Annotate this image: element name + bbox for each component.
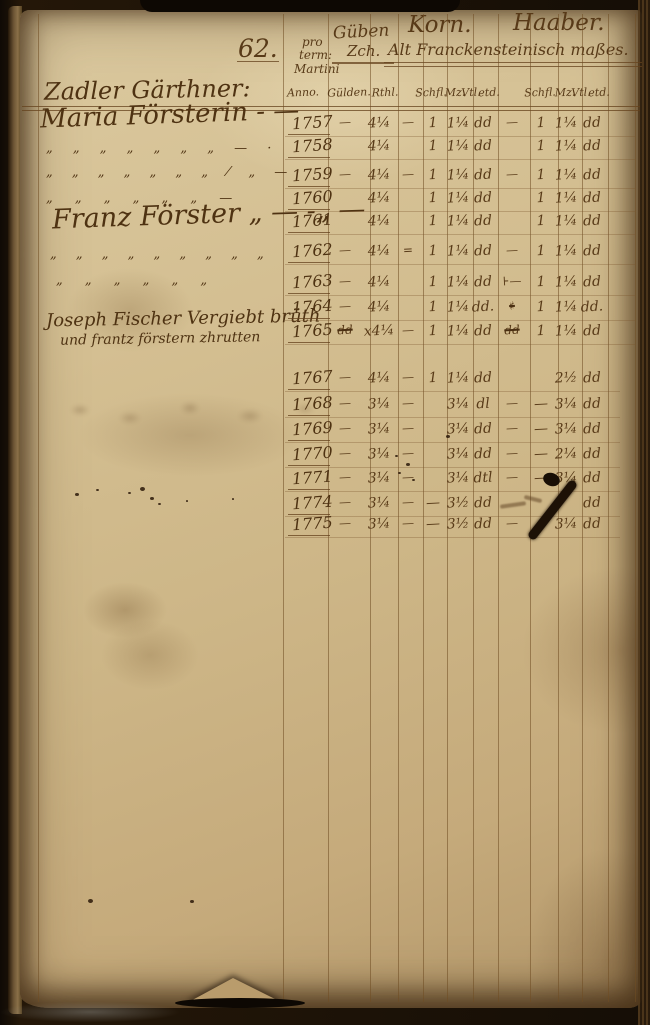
ledger-name-ditto: „ „ „ „ „ „ „ ⁄ „ —	[46, 166, 287, 179]
term-note-line1: pro	[302, 36, 323, 48]
row-year: 1759	[291, 166, 333, 185]
row-cell: —	[339, 397, 352, 410]
ruled-line	[285, 159, 635, 160]
column-header: Schfl.	[415, 86, 447, 98]
row-cell: 3¼	[367, 421, 390, 436]
row-cell: —	[402, 471, 415, 484]
row-cell: 4¼	[367, 115, 390, 130]
row-cell: dd	[474, 139, 493, 154]
row-cell: dd	[474, 214, 493, 229]
ruled-line	[285, 417, 620, 418]
row-cell: 3¼	[446, 446, 469, 461]
row-cell: 1¼	[554, 167, 577, 182]
row-cell: —	[402, 324, 415, 337]
row-cell: 3¼	[446, 396, 469, 411]
ruled-line	[285, 537, 620, 538]
row-cell: 1	[428, 275, 438, 289]
row-cell: 3¼	[367, 516, 390, 531]
ruled-line	[288, 465, 330, 466]
measure-note: Alt Franckensteinisch maßes.	[388, 42, 629, 58]
row-year: 1763	[291, 273, 333, 292]
ruled-line	[285, 320, 635, 321]
row-year: 1761	[291, 212, 333, 231]
column-rule	[283, 14, 284, 1002]
row-year: 1765	[291, 322, 333, 341]
column-header: Gülden.	[327, 86, 371, 99]
ruled-line	[285, 295, 635, 296]
row-cell: —	[534, 447, 549, 462]
column-rule	[635, 14, 636, 1002]
row-cell: ⊦—	[502, 275, 521, 288]
row-cell: 1¼	[554, 213, 577, 228]
book-fore-edge	[638, 0, 650, 1025]
row-cell: dd.	[471, 299, 494, 314]
row-cell: 1¼	[554, 115, 577, 130]
row-cell: dd	[583, 397, 602, 412]
row-cell: 1	[536, 214, 546, 228]
ruled-line	[288, 293, 330, 294]
ruled-line	[288, 440, 330, 441]
row-cell: 1¼	[446, 299, 469, 314]
row-year: 1771	[291, 469, 333, 488]
row-cell: 1¼	[446, 190, 469, 205]
row-year: 1762	[291, 242, 333, 261]
row-cell: 3¼	[367, 495, 390, 510]
row-cell: dd	[474, 191, 493, 206]
ruled-line	[288, 389, 330, 390]
row-cell: dd	[583, 422, 602, 437]
row-cell: 1	[428, 168, 438, 182]
row-cell: —	[339, 275, 352, 288]
row-cell: 1	[536, 324, 546, 338]
ruled-line	[288, 157, 330, 158]
ledger-name-ditto: „ „ „ „ „ „ „ „ „	[50, 248, 264, 261]
row-cell: —	[339, 517, 352, 530]
row-cell: —	[339, 168, 352, 181]
row-cell: 1¼	[446, 323, 469, 338]
row-cell: 1	[536, 191, 546, 205]
row-cell: dd	[474, 517, 493, 532]
row-cell: 4¼	[367, 138, 390, 153]
row-cell: 3½	[446, 495, 469, 510]
row-cell: —	[534, 397, 549, 412]
row-cell: 3¼	[446, 421, 469, 436]
row-cell: —	[402, 496, 415, 509]
row-year: 1767	[291, 369, 333, 388]
row-cell: 1	[536, 275, 546, 289]
row-year: 1775	[291, 515, 333, 534]
ruled-line	[288, 489, 330, 490]
row-cell: dd	[474, 244, 493, 259]
row-cell: 1¼	[446, 274, 469, 289]
row-cell: dd	[583, 324, 602, 339]
row-cell: 1¼	[554, 274, 577, 289]
row-cell: —	[506, 244, 519, 257]
next-page-blur	[0, 1000, 220, 1025]
row-cell: 1	[428, 371, 438, 385]
row-cell: —	[506, 517, 519, 530]
row-cell: 2½	[554, 370, 577, 385]
row-cell: dd	[504, 324, 520, 337]
ruled-line	[288, 535, 330, 536]
row-cell: 3¼	[554, 421, 577, 436]
duty-sub-label: Zch.	[347, 44, 380, 59]
column-rule	[498, 14, 499, 1002]
row-cell: —	[402, 397, 415, 410]
row-cell: —	[506, 397, 519, 410]
row-cell: dd	[474, 168, 493, 183]
ledger-name-ditto: „ „ „ „ „ „	[56, 274, 207, 287]
row-cell: 4¼	[367, 274, 390, 289]
row-cell: 4¼	[367, 299, 390, 314]
column-header: etd.	[588, 87, 610, 99]
ruled-line	[288, 262, 330, 263]
row-cell: 1¼	[446, 213, 469, 228]
row-cell: x4¼	[363, 323, 394, 339]
row-cell: 4¼	[367, 243, 390, 258]
row-cell: 3¼	[554, 516, 577, 531]
ledger-name-ditto: Joseph Fischer Vergiebt brüth	[46, 308, 321, 331]
row-cell: —	[339, 116, 352, 129]
row-cell: —	[506, 471, 519, 484]
ruled-line	[285, 391, 620, 392]
row-cell: 1¼	[554, 323, 577, 338]
row-cell: —	[426, 496, 441, 511]
row-cell: 1¼	[554, 299, 577, 314]
row-cell: 1¼	[446, 115, 469, 130]
row-cell: dd.	[580, 299, 603, 314]
row-cell: dd	[583, 496, 602, 511]
row-cell: 1	[536, 300, 546, 314]
ruled-line	[285, 442, 620, 443]
row-year: 1764	[291, 298, 333, 317]
row-year: 1758	[291, 137, 333, 156]
row-cell: dd	[474, 422, 493, 437]
ink-stain	[232, 498, 234, 500]
ruled-line	[288, 342, 330, 343]
row-cell: —	[402, 517, 415, 530]
row-cell: 3¼	[367, 470, 390, 485]
row-cell: dd	[583, 214, 602, 229]
row-cell: —	[339, 471, 352, 484]
column-rule	[398, 14, 399, 1002]
row-cell: 1¼	[554, 138, 577, 153]
row-cell: dtl	[473, 471, 493, 486]
row-cell: 4¼	[367, 190, 390, 205]
column-rule	[608, 14, 609, 1002]
ink-stain	[88, 899, 93, 903]
row-cell: —	[402, 447, 415, 460]
row-cell: dd	[474, 447, 493, 462]
row-cell: 3½	[446, 516, 469, 531]
row-cell: —	[506, 447, 519, 460]
row-cell: 1	[428, 324, 438, 338]
ruled-line	[285, 264, 635, 265]
term-note-line3: Martini	[294, 63, 339, 75]
bleedthrough-stain	[60, 400, 330, 440]
ruled-line	[285, 234, 635, 235]
row-cell: dd	[583, 116, 602, 131]
row-cell: dd	[474, 496, 493, 511]
ink-stain	[186, 500, 188, 502]
row-year: 1760	[291, 189, 333, 208]
row-cell: 1¼	[446, 243, 469, 258]
row-cell: dd	[583, 275, 602, 290]
row-cell: dd	[583, 244, 602, 259]
row-cell: —	[402, 168, 415, 181]
row-cell: —	[402, 371, 415, 384]
column-header: Schfl.	[524, 86, 556, 98]
row-year: 1774	[291, 494, 333, 513]
row-cell: 1	[428, 244, 438, 258]
column-header: Rthl.	[371, 87, 398, 99]
row-cell: —	[402, 422, 415, 435]
row-cell: —	[339, 300, 352, 313]
row-cell: 1	[536, 244, 546, 258]
row-cell: 1	[428, 139, 438, 153]
row-cell: 1	[536, 168, 546, 182]
column-rule	[423, 14, 424, 1002]
row-cell: —	[339, 371, 352, 384]
photographed-ledger-page: 62. pro term: Martini Güben Zch. Korn. H…	[0, 0, 650, 1025]
row-cell: dd	[583, 471, 602, 486]
column-rule	[530, 14, 531, 1002]
row-cell: 1¼	[446, 138, 469, 153]
row-cell: 1¼	[554, 243, 577, 258]
page-number: 62.	[238, 36, 278, 61]
ledger-name-ditto: und frantz förstern zhrutten	[60, 330, 261, 347]
row-cell: 3¼	[367, 396, 390, 411]
row-cell: dd	[337, 324, 353, 337]
row-cell: —	[506, 116, 519, 129]
row-cell: =	[403, 244, 414, 257]
row-cell: 1	[428, 214, 438, 228]
ledger-name-ditto: „ „ „ „ „ „ „ — ·	[46, 142, 271, 155]
row-cell: —	[339, 447, 352, 460]
row-cell: —	[534, 422, 549, 437]
row-cell: dd	[474, 116, 493, 131]
row-cell: dd	[583, 371, 602, 386]
row-cell: 1	[536, 116, 546, 130]
row-cell: dd	[583, 447, 602, 462]
row-cell: 1	[428, 191, 438, 205]
row-cell: —	[426, 517, 441, 532]
duty-label: Güben	[333, 23, 390, 43]
row-cell: —	[506, 422, 519, 435]
ruled-line	[285, 344, 635, 345]
row-cell: 3¼	[554, 396, 577, 411]
row-cell: dd	[583, 191, 602, 206]
row-cell: —	[339, 244, 352, 257]
korn-column-title: Korn.	[408, 14, 472, 37]
row-cell: 1	[428, 300, 438, 314]
row-cell: —	[339, 422, 352, 435]
ruled-line	[288, 318, 330, 319]
row-cell: dd	[583, 139, 602, 154]
row-cell: dl	[476, 397, 490, 412]
top-edge-shadow	[140, 0, 460, 12]
row-year: 1757	[291, 114, 333, 133]
row-cell: 4¼	[367, 213, 390, 228]
ruled-line	[285, 467, 620, 468]
row-cell: dd	[474, 275, 493, 290]
row-cell: 3¼	[446, 470, 469, 485]
row-cell: ♯	[509, 300, 515, 312]
row-cell: 1¼	[554, 190, 577, 205]
row-cell: 3¼	[367, 446, 390, 461]
column-rule	[38, 14, 39, 1002]
ink-stain	[140, 487, 145, 491]
column-header: etd.	[478, 87, 500, 99]
row-cell: 1¼	[446, 370, 469, 385]
row-cell: dd	[474, 324, 493, 339]
row-cell: dd	[583, 168, 602, 183]
row-cell: —	[402, 116, 415, 129]
row-cell: 4¼	[367, 167, 390, 182]
ruled-line	[288, 232, 330, 233]
row-cell: dd	[474, 371, 493, 386]
row-cell: —	[506, 168, 519, 181]
row-cell: dd	[583, 517, 602, 532]
row-cell: —	[339, 496, 352, 509]
row-cell: 4¼	[367, 370, 390, 385]
row-cell: 1	[428, 116, 438, 130]
row-year: 1770	[291, 445, 333, 464]
row-cell: 2¼	[554, 446, 577, 461]
row-cell: 1	[536, 139, 546, 153]
row-cell: 1¼	[446, 167, 469, 182]
